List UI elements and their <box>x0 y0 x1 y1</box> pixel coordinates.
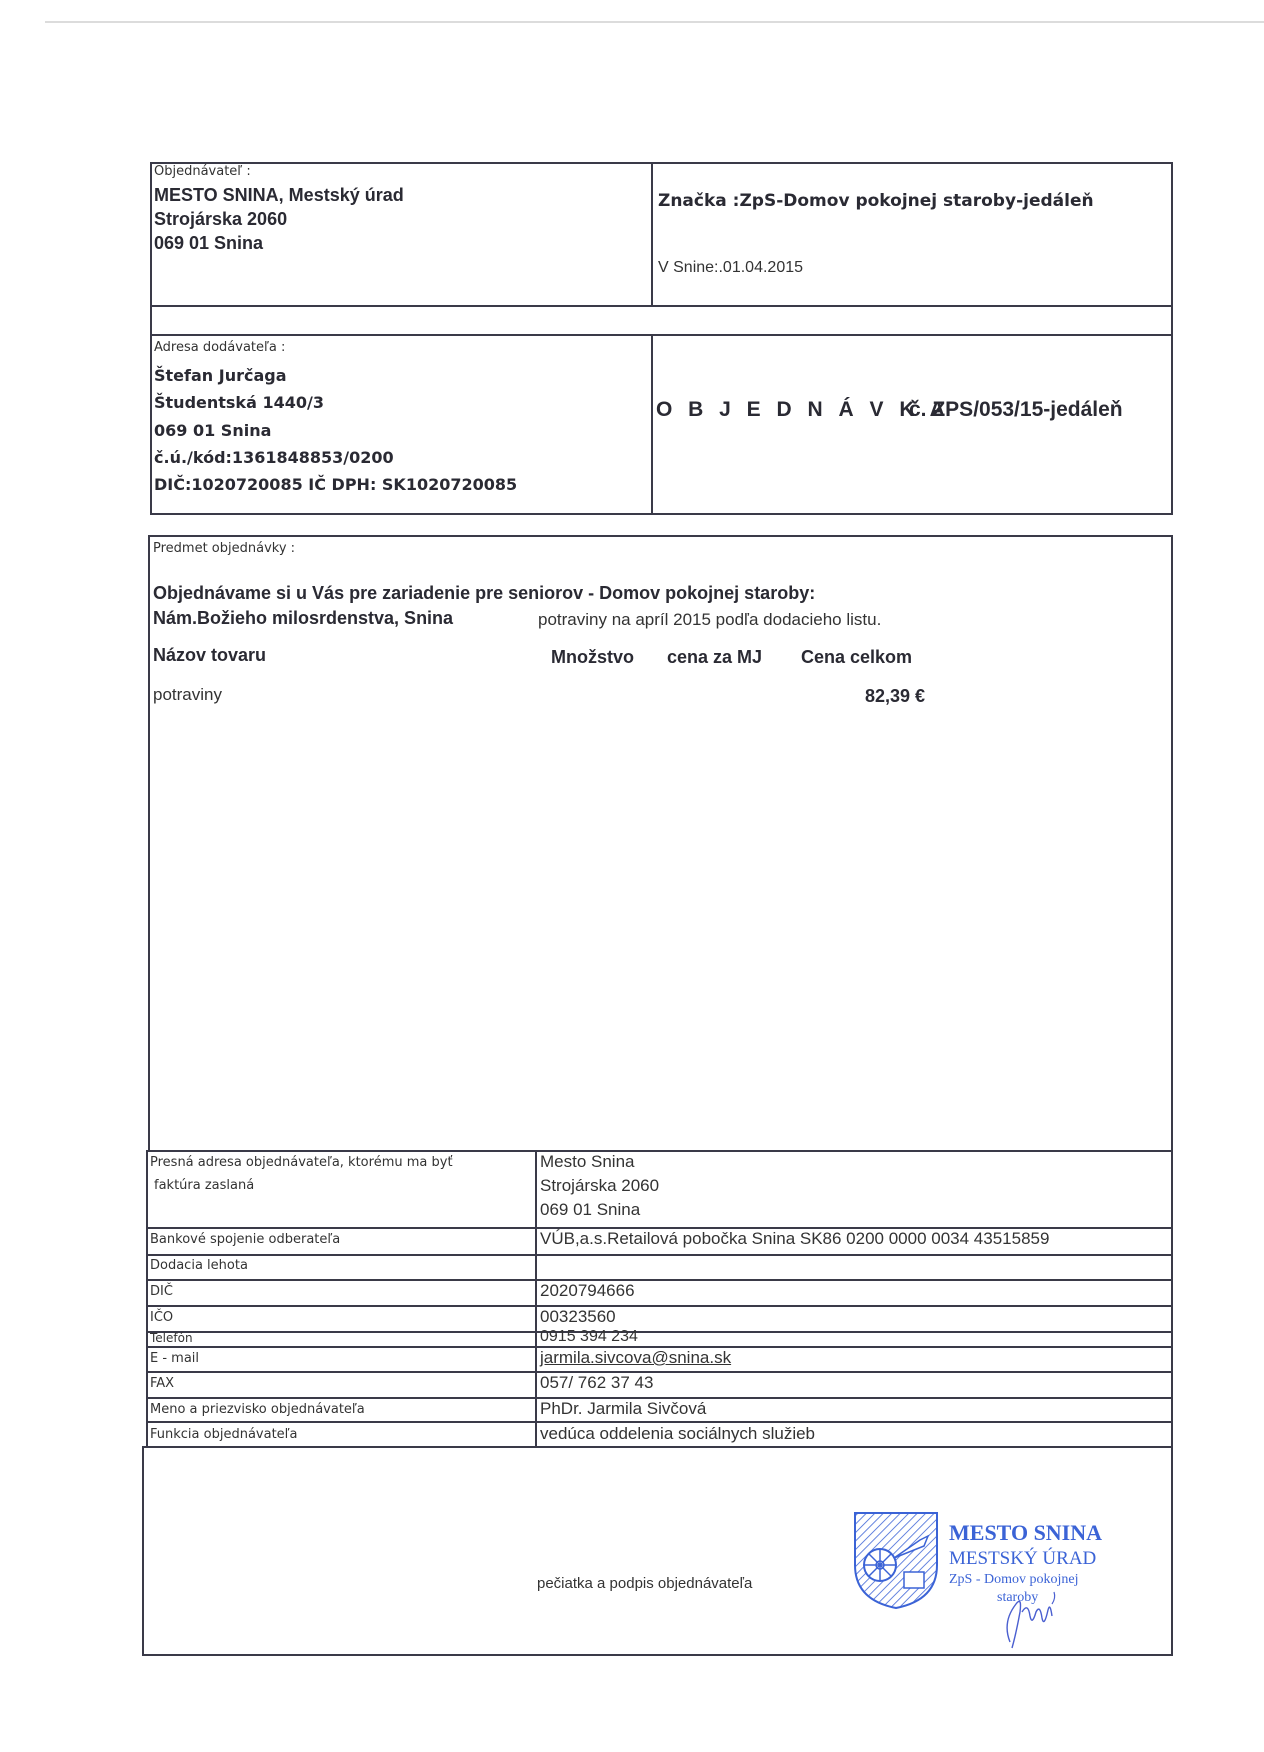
stamp-line-2: MESTSKÝ ÚRAD <box>949 1548 1096 1570</box>
supplier-divider <box>651 334 653 515</box>
invoice-address-line-1: Mesto Snina <box>540 1152 635 1172</box>
scan-artifact-line <box>45 21 1264 23</box>
invoice-address-label-2: faktúra zaslaná <box>154 1178 254 1193</box>
orderer-name: MESTO SNINA, Mestský úrad <box>154 185 404 206</box>
supplier-label: Adresa dodávateľa : <box>154 340 285 355</box>
items-header-unit-price: cena za MJ <box>667 647 762 668</box>
phone-value: 0915 394 234 <box>540 1328 638 1346</box>
row-line <box>146 1421 1173 1423</box>
supplier-account: č.ú./kód:1361848853/0200 <box>154 448 394 467</box>
bank-label: Bankové spojenie odberateľa <box>150 1232 340 1247</box>
invoice-address-line-2: Strojárska 2060 <box>540 1176 659 1196</box>
supplier-tax-ids: DIČ:1020720085 IČ DPH: SK1020720085 <box>154 475 517 494</box>
item-row-name: potraviny <box>153 685 222 705</box>
orderer-label: Objednávateľ : <box>154 164 251 179</box>
ico-value: 00323560 <box>540 1307 616 1327</box>
orderer-divider <box>651 162 653 307</box>
handwritten-signature-icon <box>992 1582 1082 1652</box>
row-line <box>146 1305 1173 1307</box>
city-stamp: MESTO SNINA MESTSKÝ ÚRAD ZpS - Domov pok… <box>852 1510 1112 1650</box>
stamp-line-1: MESTO SNINA <box>949 1520 1102 1546</box>
items-header-name: Názov tovaru <box>153 645 266 666</box>
row-line <box>146 1371 1173 1373</box>
fax-value: 057/ 762 37 43 <box>540 1373 653 1393</box>
supplier-name: Štefan Jurčaga <box>154 366 287 385</box>
orderer-section <box>150 162 1173 307</box>
row-line <box>146 1279 1173 1281</box>
email-label: E - mail <box>150 1351 199 1366</box>
row-line <box>146 1331 1173 1333</box>
subject-line-2-bold: Nám.Božieho milosrdenstva, Snina <box>153 608 453 629</box>
orderer-person-label: Meno a priezvisko objednávateľa <box>150 1402 365 1417</box>
spacer-row <box>150 305 1173 336</box>
orderer-street: Strojárska 2060 <box>154 209 287 230</box>
details-column-divider <box>535 1150 537 1448</box>
dic-value: 2020794666 <box>540 1281 635 1301</box>
supplier-city: 069 01 Snina <box>154 421 271 440</box>
bank-value: VÚB,a.s.Retailová pobočka Snina SK86 020… <box>540 1229 1049 1249</box>
coat-of-arms-icon <box>852 1510 942 1610</box>
subject-line-1: Objednávame si u Vás pre zariadenie pre … <box>153 583 815 604</box>
orderer-person-value: PhDr. Jarmila Sivčová <box>540 1399 706 1419</box>
invoice-address-line-3: 069 01 Snina <box>540 1200 640 1220</box>
subject-line-2-regular: potraviny na apríl 2015 podľa dodacieho … <box>538 610 881 630</box>
dic-label: DIČ <box>150 1284 173 1299</box>
items-header-quantity: Množstvo <box>551 647 634 668</box>
items-header-total: Cena celkom <box>801 647 912 668</box>
signature-caption: pečiatka a podpis objednávateľa <box>537 1575 752 1592</box>
subject-label: Predmet objednávky : <box>153 541 295 556</box>
reference-mark: Značka :ZpS-Domov pokojnej staroby-jedál… <box>658 191 1094 211</box>
invoice-address-label-1: Presná adresa objednávateľa, ktorému ma … <box>150 1155 453 1170</box>
delivery-term-label: Dodacia lehota <box>150 1258 248 1273</box>
place-date: V Snine:.01.04.2015 <box>658 259 803 277</box>
item-row-total: 82,39 € <box>849 686 925 707</box>
order-number: č. ZPS/053/15-jedáleň <box>909 398 1123 422</box>
supplier-street: Študentská 1440/3 <box>154 393 324 412</box>
email-link[interactable]: jarmila.sivcova@snina.sk <box>540 1348 731 1368</box>
ico-label: IČO <box>150 1310 173 1325</box>
phone-label: Telefón <box>150 1331 193 1345</box>
row-line <box>146 1254 1173 1256</box>
order-title-word: O B J E D N Á V K A <box>656 398 950 422</box>
orderer-function-label: Funkcia objednávateľa <box>150 1427 298 1442</box>
orderer-city: 069 01 Snina <box>154 233 263 254</box>
orderer-function-value: vedúca oddelenia sociálnych služieb <box>540 1424 815 1444</box>
fax-label: FAX <box>150 1376 174 1391</box>
